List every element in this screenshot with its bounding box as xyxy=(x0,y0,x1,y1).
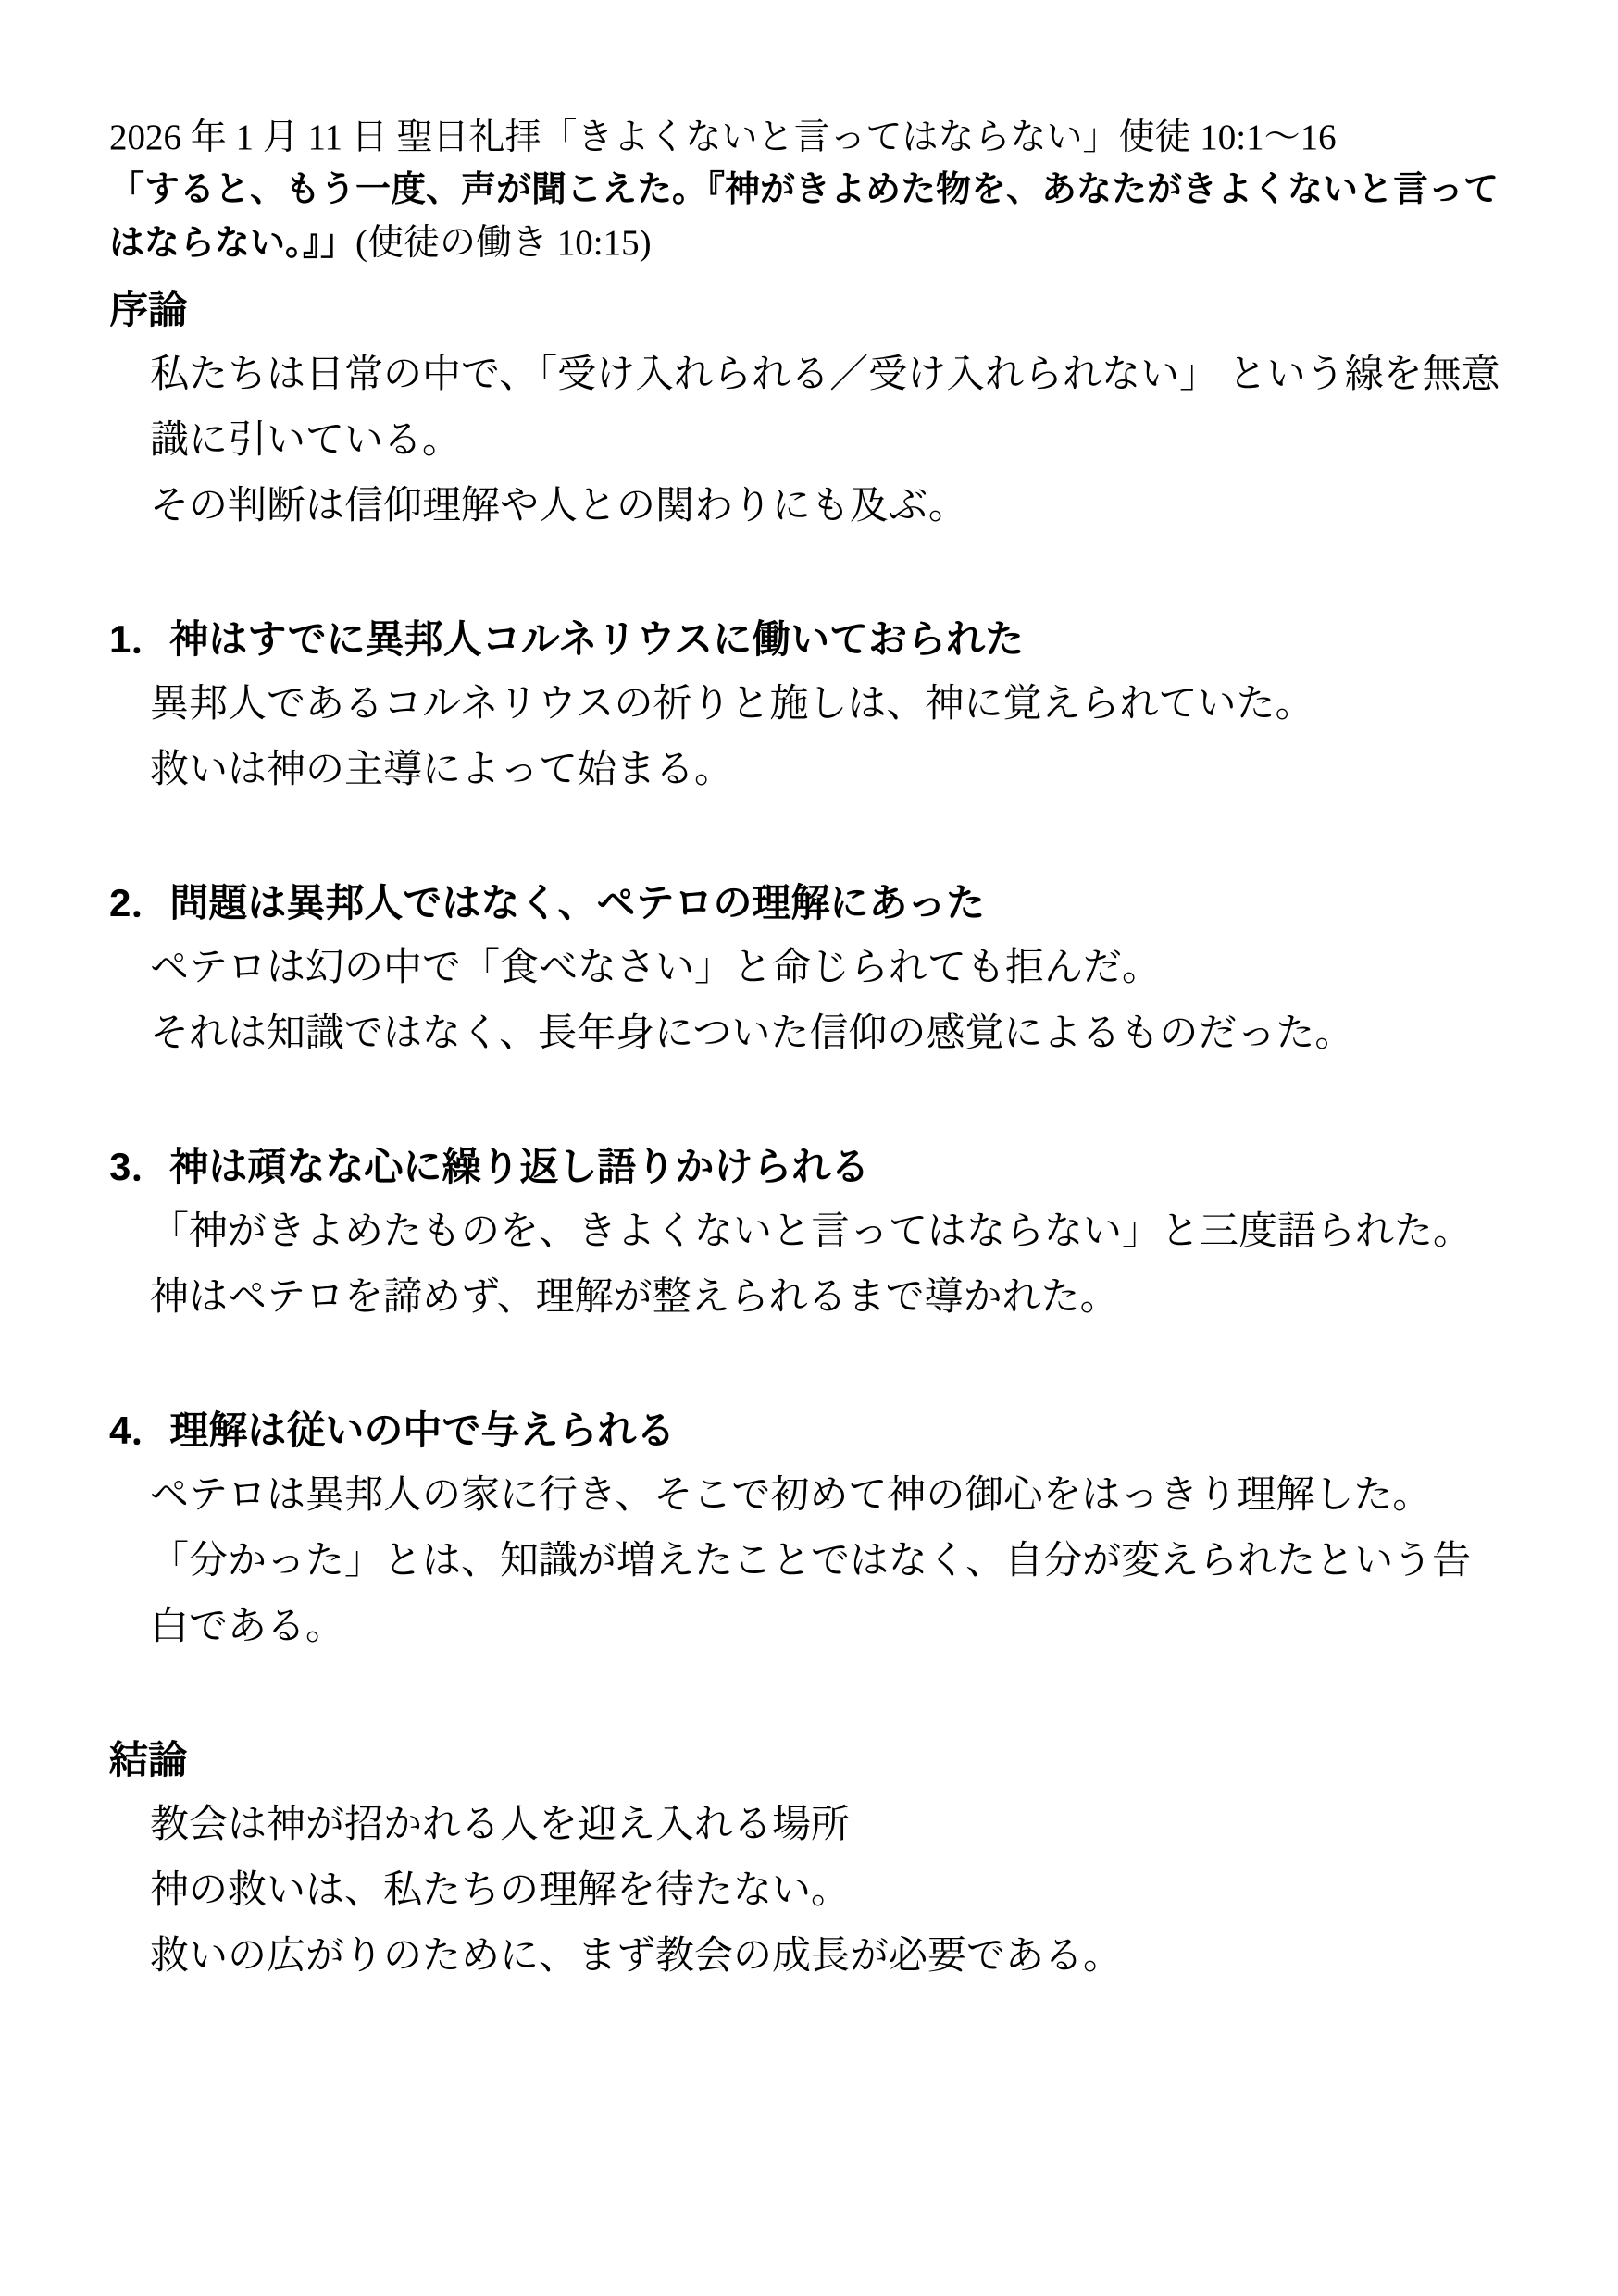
section-heading: 3．神は頑なな心に繰り返し語りかけられる xyxy=(109,1134,1509,1199)
section-body-line: 救いは神の主導によって始まる。 xyxy=(150,738,1509,803)
section-body-line: 神はペテロを諦めず、理解が整えられるまで導かれた。 xyxy=(150,1265,1509,1331)
section-body-line: ペテロは幻の中で「食べなさい」と命じられても拒んだ。 xyxy=(150,936,1509,1001)
section-heading-text: 問題は異邦人ではなく、ペテロの理解にあった xyxy=(169,881,985,925)
section-body-line: ペテロは異邦人の家に行き、そこで初めて神の御心をはっきり理解した。 xyxy=(150,1463,1509,1529)
section-heading: 1．神はすでに異邦人コルネリウスに働いておられた xyxy=(109,606,1509,672)
section-heading-text: 理解は従いの中で与えられる xyxy=(169,1409,675,1452)
scripture-reference: (使徒の働き 10:15) xyxy=(355,223,652,263)
section-number: 3． xyxy=(109,1134,169,1199)
document-content: 2026 年 1 月 11 日 聖日礼拝「きよくないと言ってはならない」使徒 1… xyxy=(109,111,1509,1990)
section-4-understanding-through-obedience: 4．理解は従いの中で与えられる ペテロは異邦人の家に行き、そこで初めて神の御心を… xyxy=(109,1397,1509,1660)
section-body-line: 教会は神が招かれる人を迎え入れる場所 xyxy=(150,1793,1509,1858)
section-body-line: 「神がきよめたものを、きよくないと言ってはならない」と三度語られた。 xyxy=(150,1199,1509,1265)
section-body-line: 私たちは日常の中で、「受け入れられる／受け入れられない」 という線を無意識に引い… xyxy=(150,342,1509,474)
section-body-line: 救いの広がりのために、まず教会の成長が必要である。 xyxy=(150,1924,1509,1990)
section-body-line: 異邦人であるコルネリウスの祈りと施しは、神に覚えられていた。 xyxy=(150,672,1509,738)
scripture-quote-line-2: はならない。』」(使徒の働き 10:15) xyxy=(109,217,1509,277)
section-heading-text: 結論 xyxy=(109,1738,187,1781)
section-heading: 4．理解は従いの中で与えられる xyxy=(109,1397,1509,1463)
document-header: 2026 年 1 月 11 日 聖日礼拝「きよくないと言ってはならない」使徒 1… xyxy=(109,111,1509,277)
title-line: 2026 年 1 月 11 日 聖日礼拝「きよくないと言ってはならない」使徒 1… xyxy=(109,111,1509,164)
section-body-line: 「分かった」とは、知識が増えたことではなく、自分が変えられたという告白である。 xyxy=(150,1529,1509,1660)
section-heading: 結論 xyxy=(109,1727,1509,1793)
section-number: 2． xyxy=(109,870,169,936)
section-heading: 2．問題は異邦人ではなく、ペテロの理解にあった xyxy=(109,870,1509,936)
section-introduction: 序論 私たちは日常の中で、「受け入れられる／受け入れられない」 という線を無意識… xyxy=(109,277,1509,540)
scripture-quote-line-2-text: はならない。』」 xyxy=(109,224,355,263)
section-2-peter-understanding: 2．問題は異邦人ではなく、ペテロの理解にあった ペテロは幻の中で「食べなさい」と… xyxy=(109,870,1509,1067)
section-heading-text: 神はすでに異邦人コルネリウスに働いておられた xyxy=(169,617,1024,661)
section-1-cornelius: 1．神はすでに異邦人コルネリウスに働いておられた 異邦人であるコルネリウスの祈り… xyxy=(109,606,1509,803)
section-body-line: その判断は信仰理解や人との関わりにも及ぶ。 xyxy=(150,474,1509,540)
section-body-line: 神の救いは、私たちの理解を待たない。 xyxy=(150,1858,1509,1924)
section-body-line: それは知識ではなく、長年身についた信仰の感覚によるものだった。 xyxy=(150,1001,1509,1067)
section-heading: 序論 xyxy=(109,277,1509,342)
section-number: 1． xyxy=(109,606,169,672)
section-conclusion: 結論 教会は神が招かれる人を迎え入れる場所 神の救いは、私たちの理解を待たない。… xyxy=(109,1727,1509,1990)
section-number: 4． xyxy=(109,1397,169,1463)
section-3-god-speaks-repeatedly: 3．神は頑なな心に繰り返し語りかけられる 「神がきよめたものを、きよくないと言っ… xyxy=(109,1134,1509,1331)
scripture-quote-line-1: 「すると、もう一度、声が聞こえた。『神がきよめた物を、あなたがきよくないと言って xyxy=(109,164,1509,217)
section-heading-text: 神は頑なな心に繰り返し語りかけられる xyxy=(169,1145,869,1188)
section-heading-text: 序論 xyxy=(109,288,187,331)
document-page: 2026 年 1 月 11 日 聖日礼拝「きよくないと言ってはならない」使徒 1… xyxy=(0,0,1618,2296)
